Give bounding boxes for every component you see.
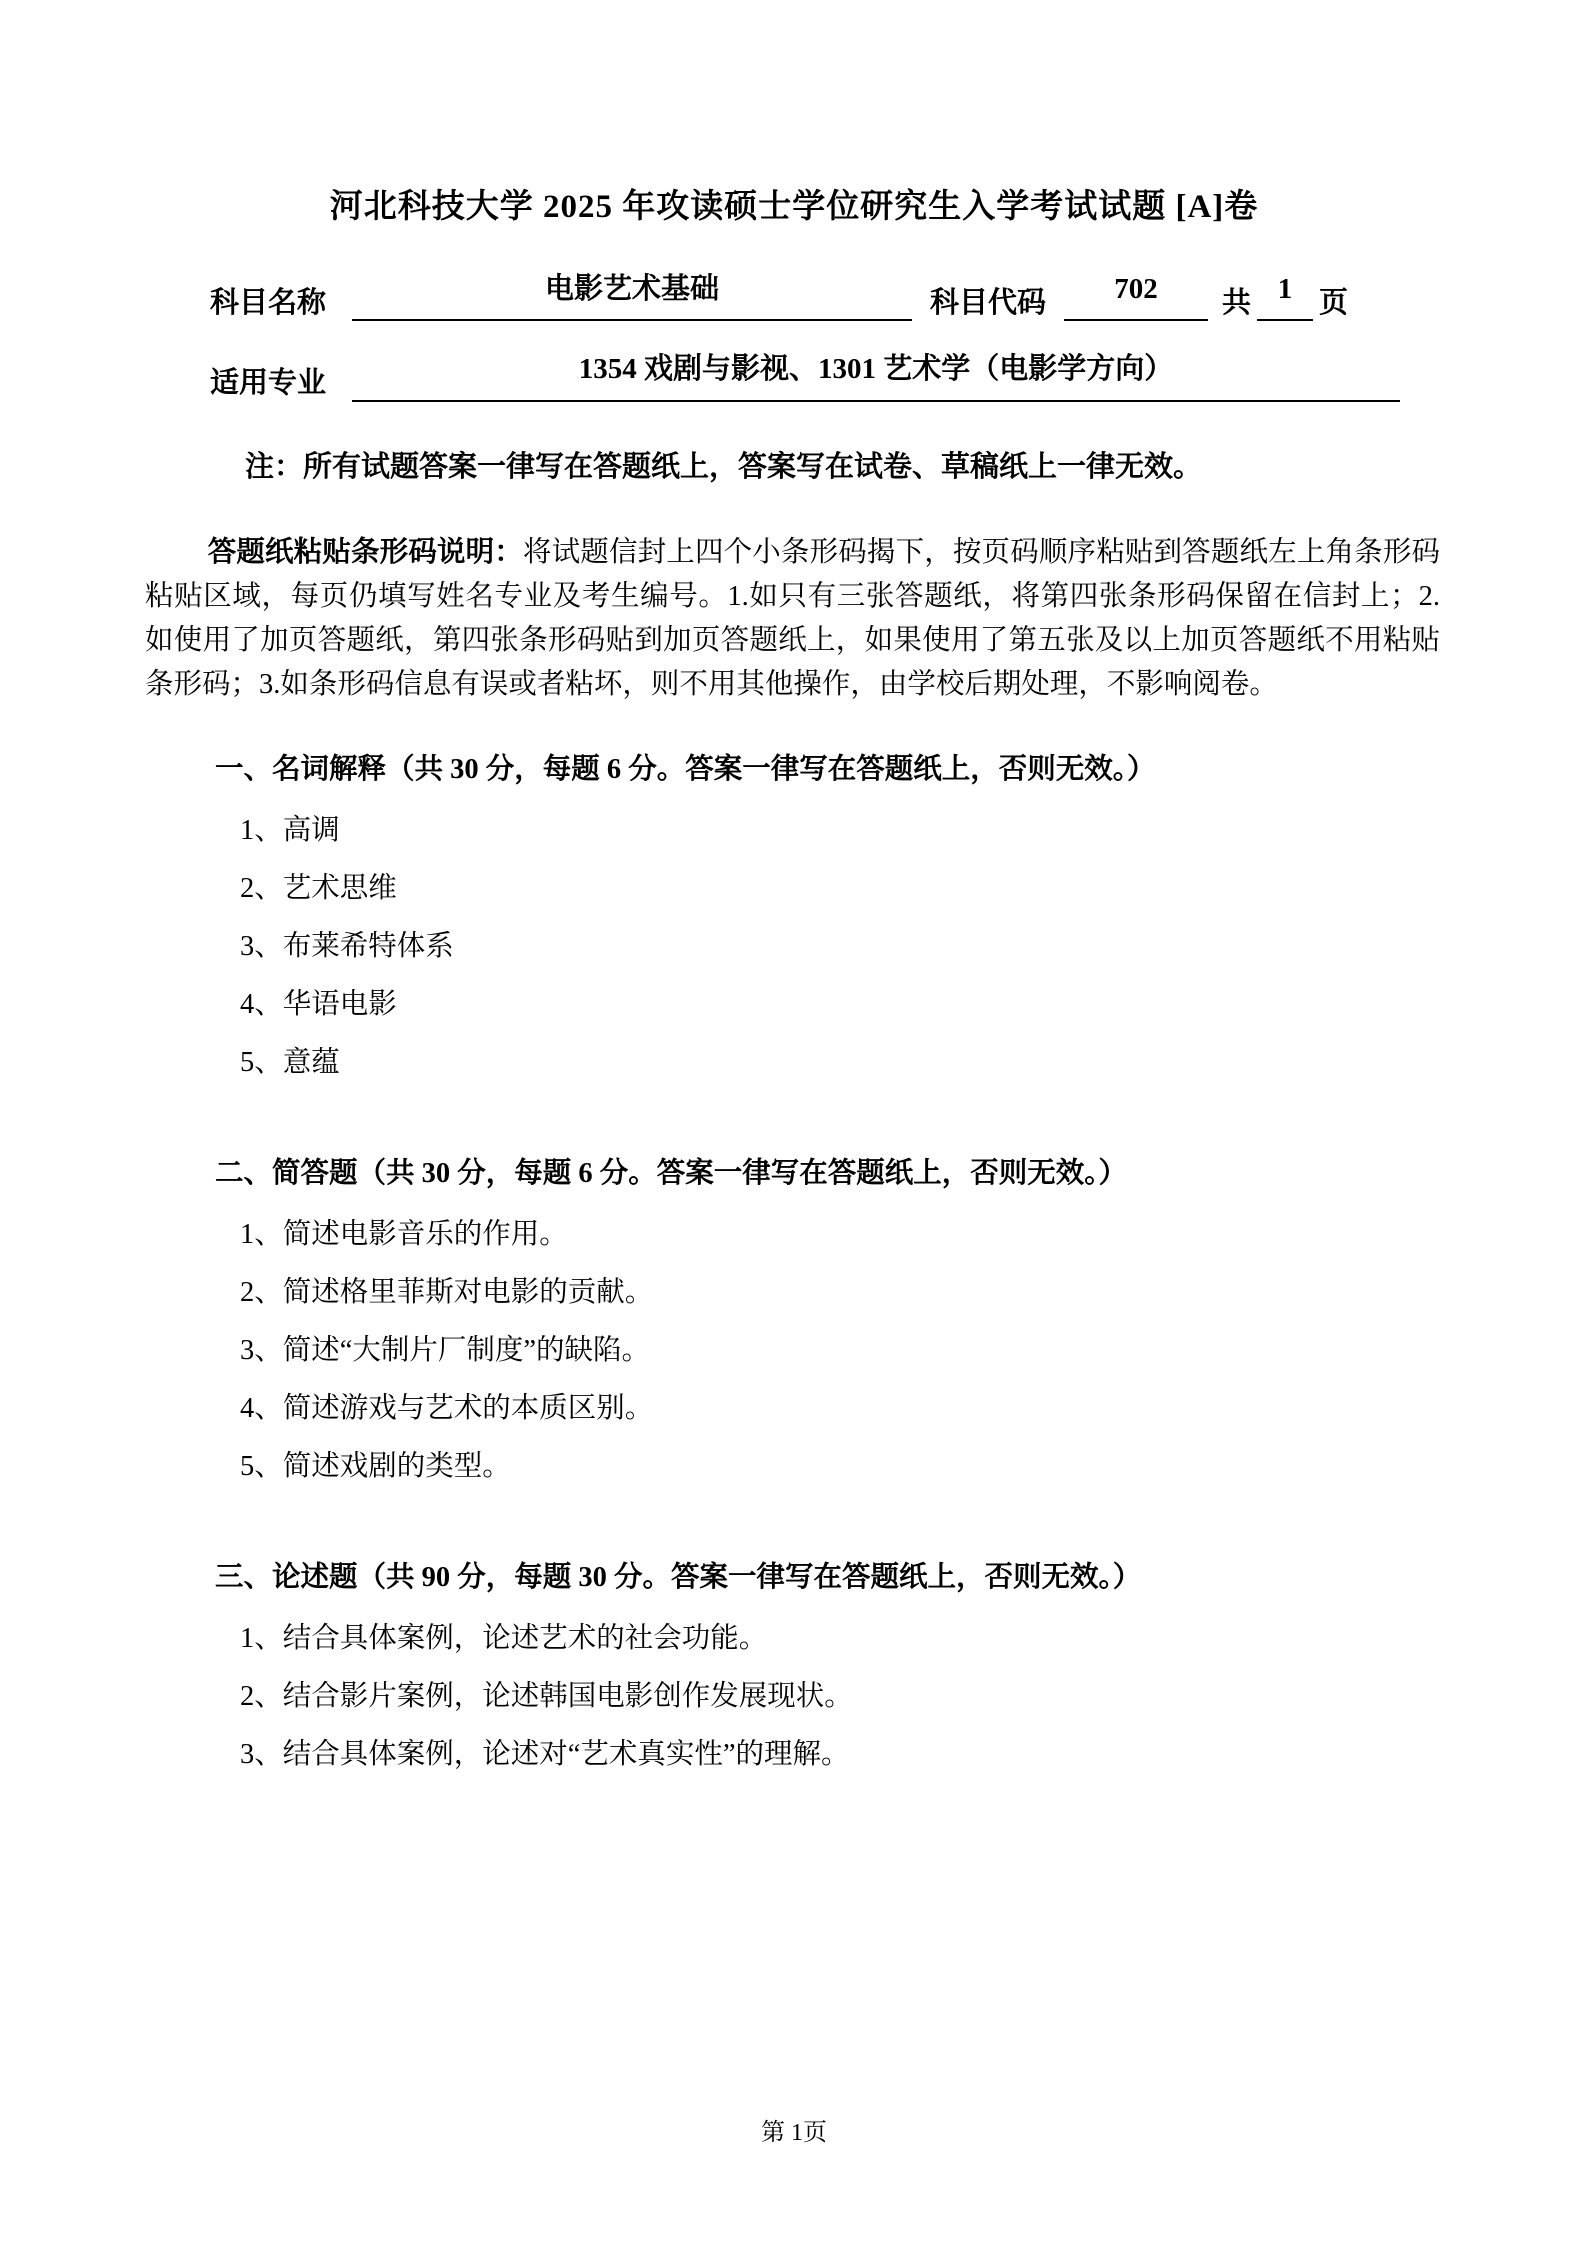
majors-header-row: 适用专业 1354 戏剧与影视、1301 艺术学（电影学方向）: [210, 351, 1588, 401]
question-item: 5、简述戏剧的类型。: [240, 1448, 1588, 1485]
question-item: 1、简述电影音乐的作用。: [240, 1216, 1588, 1253]
page-title: 河北科技大学 2025 年攻读硕士学位研究生入学考试试题 [A]卷: [0, 0, 1588, 227]
section-essay: 三、论述题（共 90 分，每题 30 分。答案一律写在答题纸上，否则无效。） 1…: [0, 1559, 1588, 1773]
subject-name-label: 科目名称: [210, 285, 326, 321]
subject-header-row: 科目名称 电影艺术基础 科目代码 702 共 1 页: [210, 271, 1588, 321]
section-heading: 二、简答题（共 30 分，每题 6 分。答案一律写在答题纸上，否则无效。）: [215, 1155, 1588, 1192]
barcode-instructions: 答题纸粘贴条形码说明：将试题信封上四个小条形码揭下，按页码顺序粘贴到答题纸左上角…: [145, 531, 1440, 707]
barcode-instructions-lead: 答题纸粘贴条形码说明：: [208, 537, 523, 568]
question-item: 4、华语电影: [240, 986, 1588, 1023]
majors-value: 1354 戏剧与影视、1301 艺术学（电影学方向）: [352, 351, 1400, 401]
question-item: 2、简述格里菲斯对电影的贡献。: [240, 1274, 1588, 1311]
section-heading: 三、论述题（共 90 分，每题 30 分。答案一律写在答题纸上，否则无效。）: [215, 1559, 1588, 1596]
majors-label: 适用专业: [210, 365, 326, 401]
subject-code-value: 702: [1064, 271, 1208, 321]
question-item: 5、意蕴: [240, 1044, 1588, 1081]
question-item: 3、布莱希特体系: [240, 928, 1588, 965]
subject-code-label: 科目代码: [930, 285, 1046, 321]
question-item: 1、高调: [240, 812, 1588, 849]
section-term-definitions: 一、名词解释（共 30 分，每题 6 分。答案一律写在答题纸上，否则无效。） 1…: [0, 751, 1588, 1081]
question-item: 1、结合具体案例，论述艺术的社会功能。: [240, 1620, 1588, 1657]
exam-paper-page: 河北科技大学 2025 年攻读硕士学位研究生入学考试试题 [A]卷 科目名称 电…: [0, 0, 1588, 2245]
question-item: 4、简述游戏与艺术的本质区别。: [240, 1390, 1588, 1427]
question-item: 3、结合具体案例，论述对“艺术真实性”的理解。: [240, 1736, 1588, 1773]
question-item: 2、结合影片案例，论述韩国电影创作发展现状。: [240, 1678, 1588, 1715]
subject-name-value: 电影艺术基础: [352, 271, 912, 321]
total-pages-value: 1: [1257, 271, 1313, 321]
question-item: 2、艺术思维: [240, 870, 1588, 907]
question-item: 3、简述“大制片厂制度”的缺陷。: [240, 1332, 1588, 1369]
total-pages-suffix: 页: [1319, 285, 1348, 321]
page-number: 第 1页: [0, 2112, 1588, 2147]
answer-sheet-note: 注：所有试题答案一律写在答题纸上，答案写在试卷、草稿纸上一律无效。: [245, 444, 1588, 485]
total-pages-prefix: 共: [1222, 285, 1251, 321]
section-heading: 一、名词解释（共 30 分，每题 6 分。答案一律写在答题纸上，否则无效。）: [215, 751, 1588, 788]
section-short-answer: 二、简答题（共 30 分，每题 6 分。答案一律写在答题纸上，否则无效。） 1、…: [0, 1155, 1588, 1485]
